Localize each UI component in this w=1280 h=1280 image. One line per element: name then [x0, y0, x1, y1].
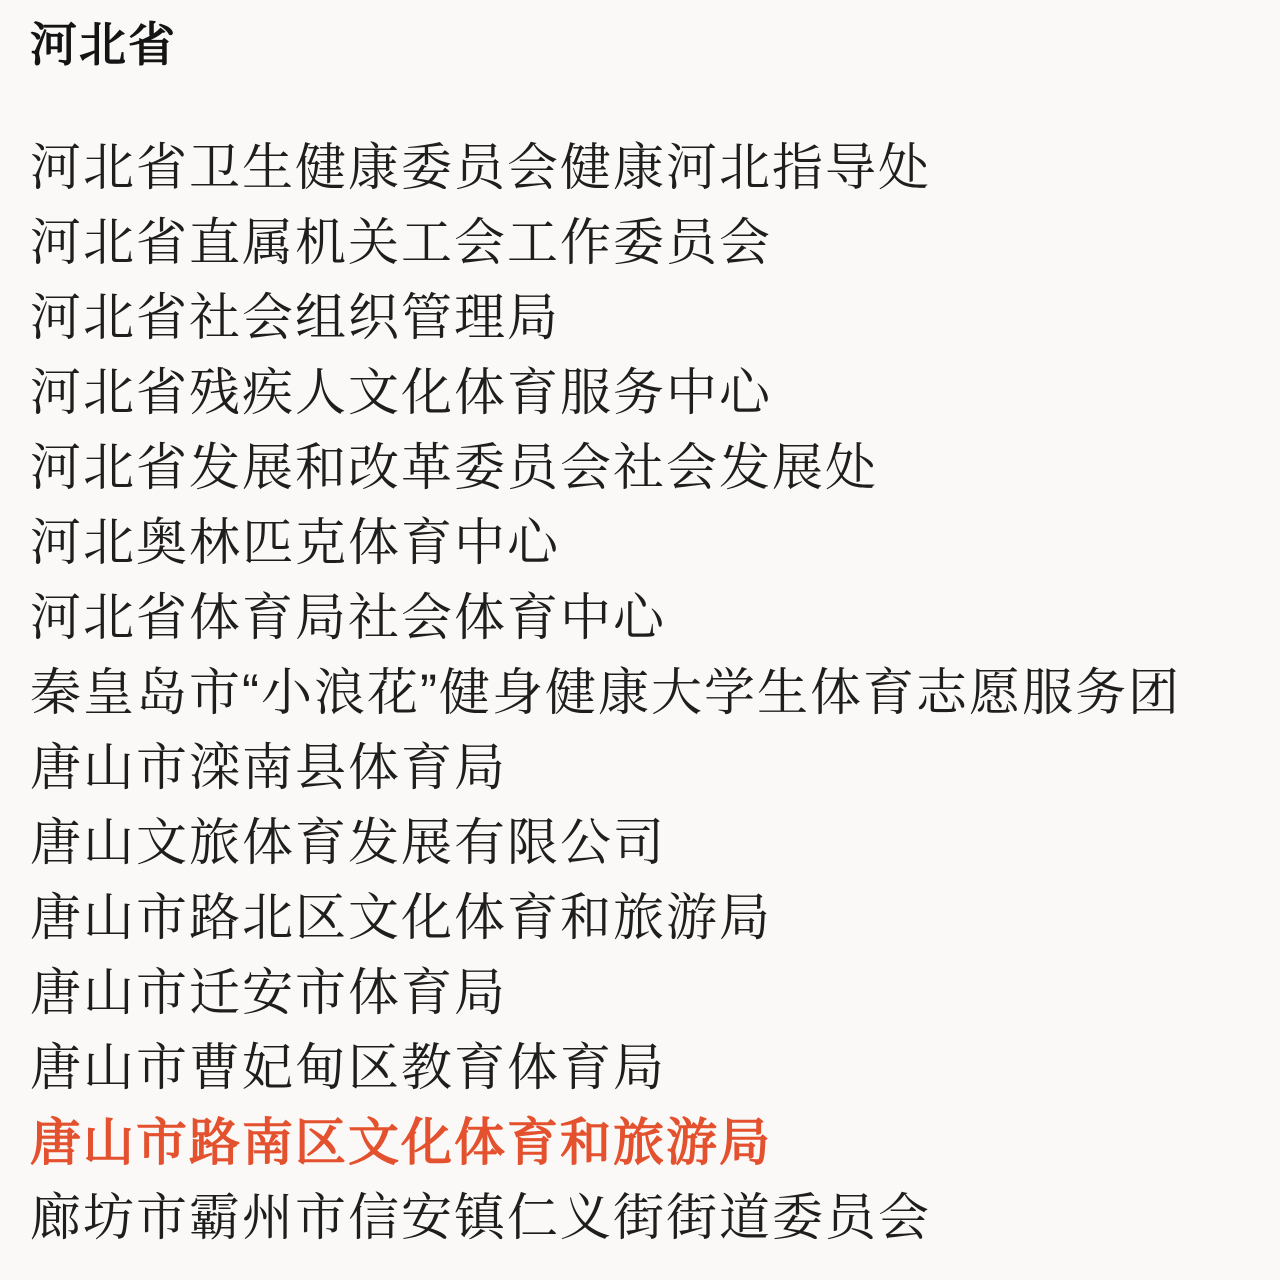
list-item: 唐山市迁安市体育局 — [30, 955, 1260, 1030]
list-item: 廊坊市霸州市信安镇仁义街街道委员会 — [30, 1180, 1260, 1255]
province-heading: 河北省 — [30, 16, 1260, 74]
page: 河北省 河北省卫生健康委员会健康河北指导处河北省直属机关工会工作委员会河北省社会… — [0, 0, 1280, 1280]
org-list: 河北省卫生健康委员会健康河北指导处河北省直属机关工会工作委员会河北省社会组织管理… — [30, 130, 1260, 1255]
list-item: 河北省直属机关工会工作委员会 — [30, 205, 1260, 280]
list-item: 河北奥林匹克体育中心 — [30, 505, 1260, 580]
list-item: 唐山市路南区文化体育和旅游局 — [30, 1105, 1260, 1180]
list-item: 河北省发展和改革委员会社会发展处 — [30, 430, 1260, 505]
list-item: 唐山市曹妃甸区教育体育局 — [30, 1030, 1260, 1105]
list-item: 河北省体育局社会体育中心 — [30, 580, 1260, 655]
list-item: 河北省卫生健康委员会健康河北指导处 — [30, 130, 1260, 205]
list-item: 河北省残疾人文化体育服务中心 — [30, 355, 1260, 430]
list-item: 秦皇岛市“小浪花”健身健康大学生体育志愿服务团 — [30, 655, 1260, 730]
list-item: 唐山文旅体育发展有限公司 — [30, 805, 1260, 880]
list-item: 唐山市滦南县体育局 — [30, 730, 1260, 805]
list-item: 河北省社会组织管理局 — [30, 280, 1260, 355]
list-item: 唐山市路北区文化体育和旅游局 — [30, 880, 1260, 955]
